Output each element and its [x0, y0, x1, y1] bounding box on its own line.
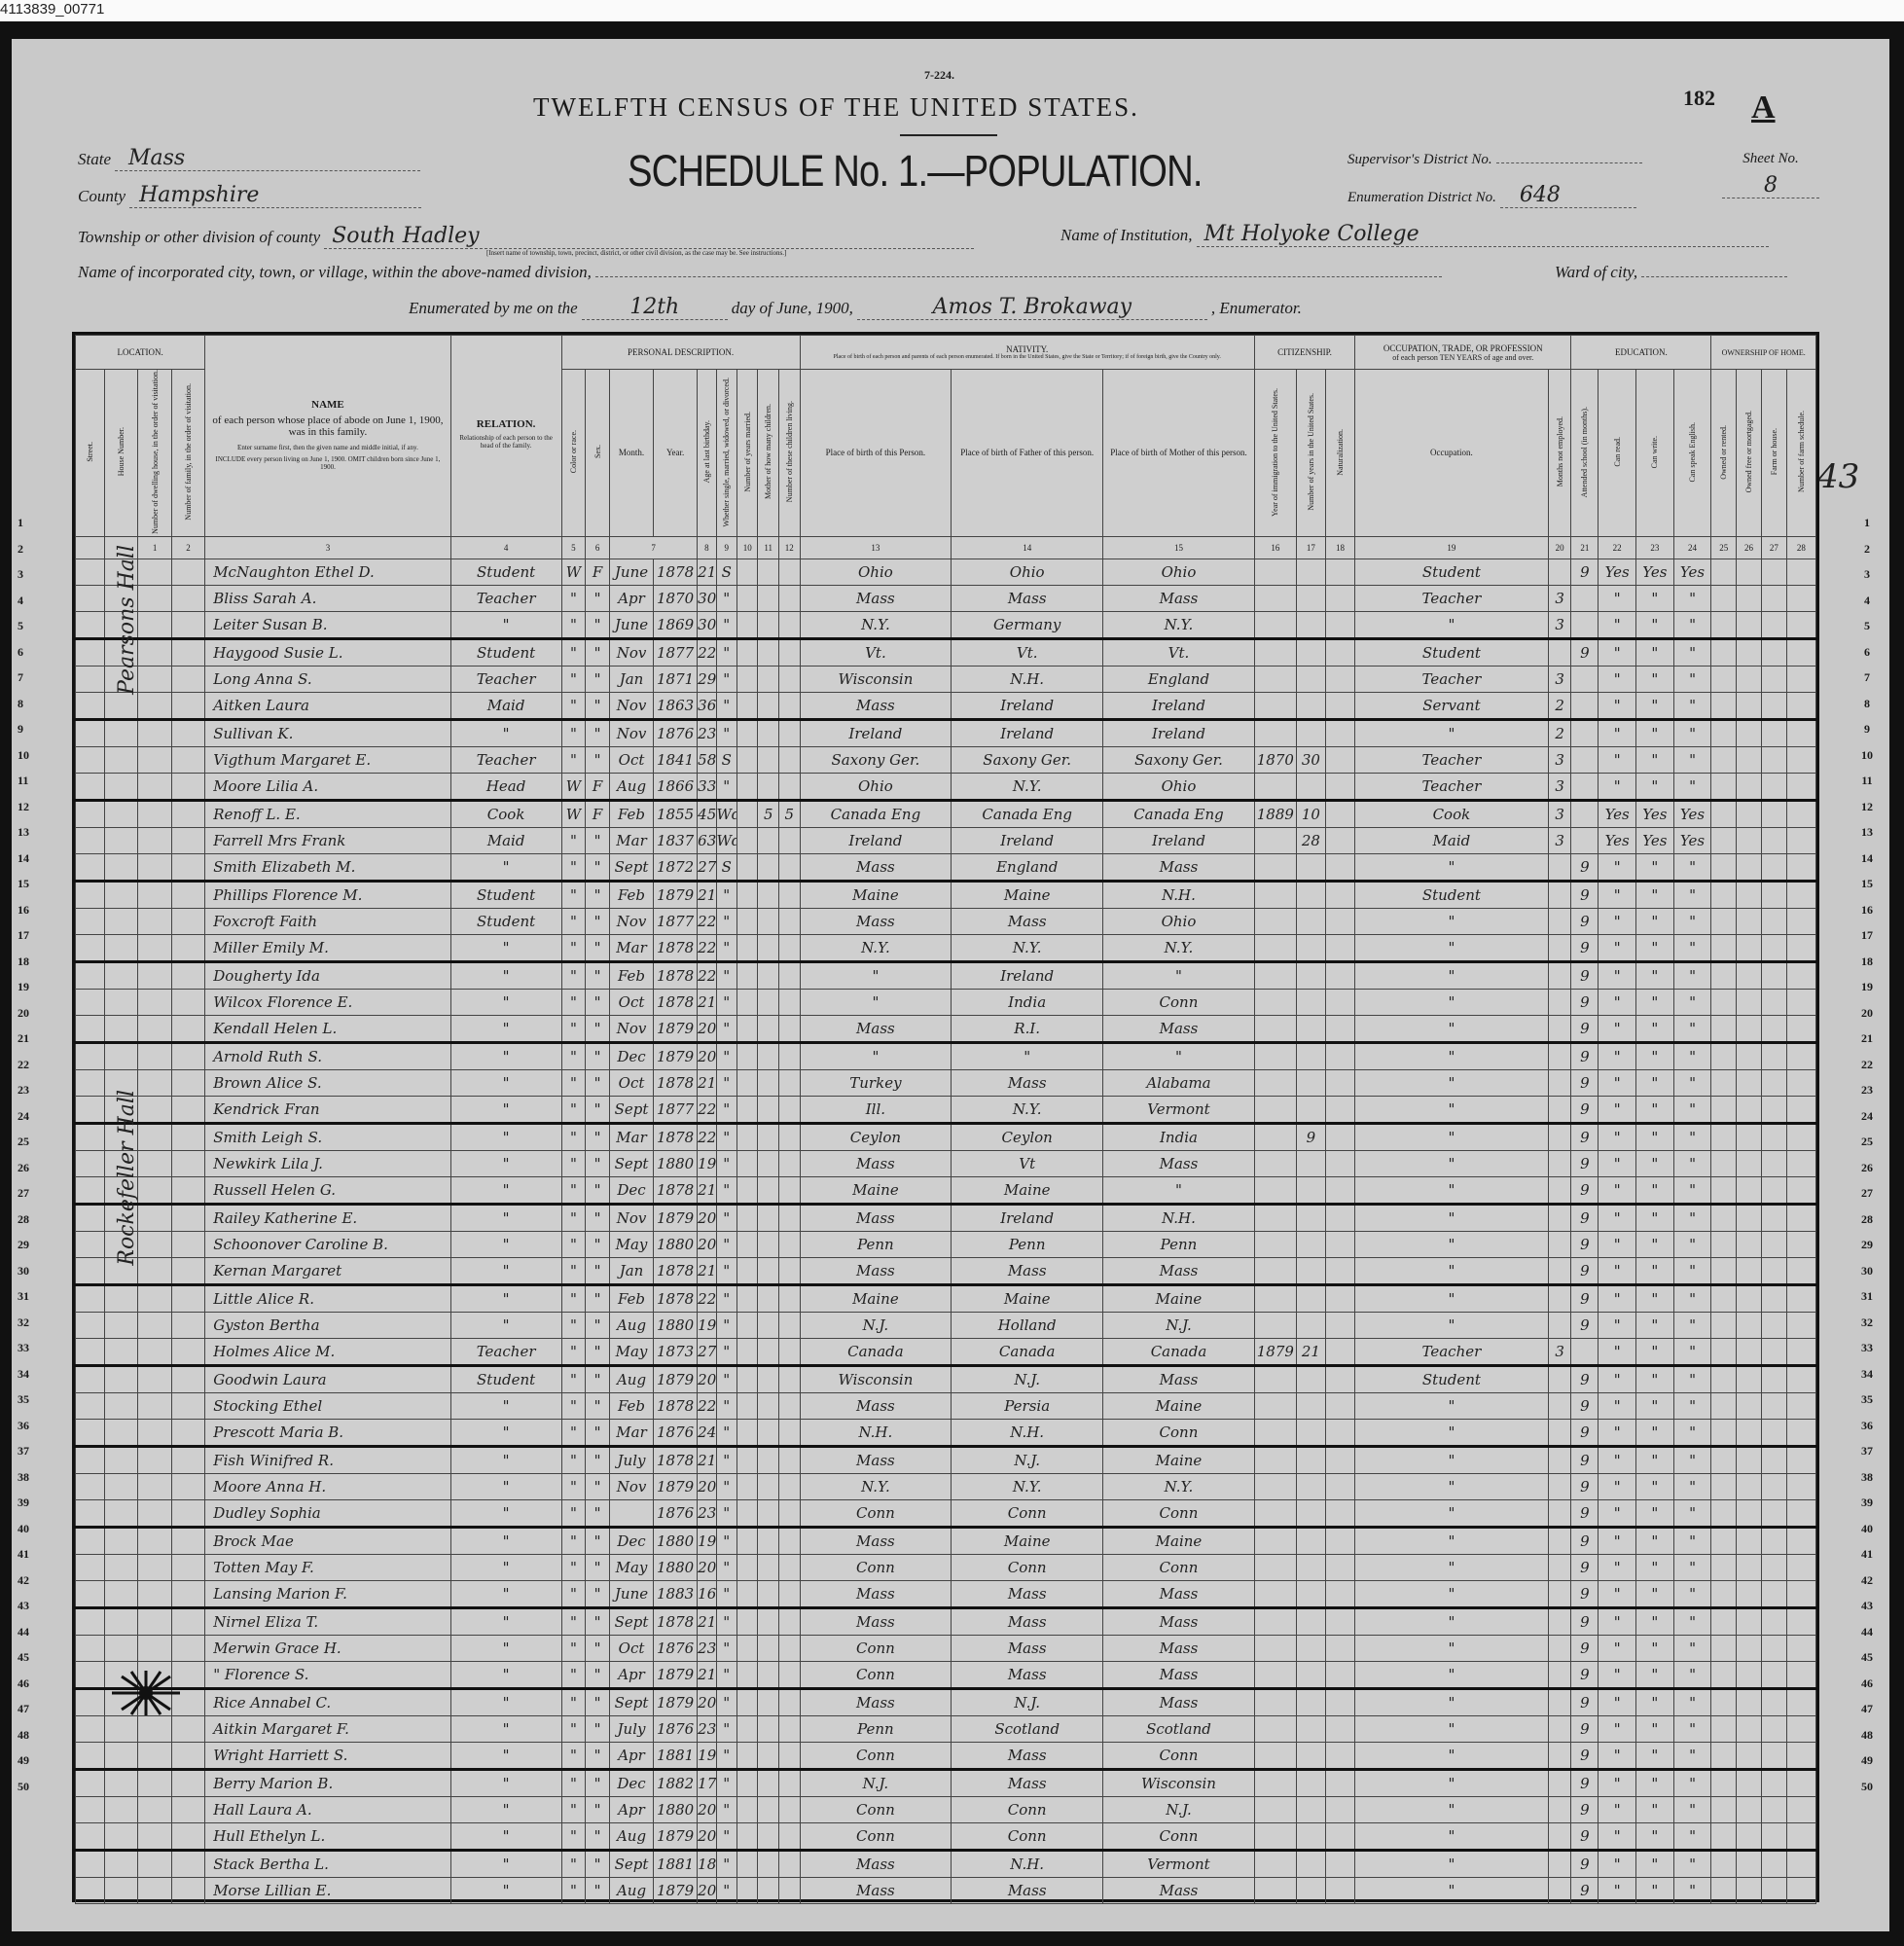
cell-read: " [1599, 1150, 1636, 1176]
cell-name: McNaughton Ethel D. [205, 559, 450, 585]
cell-natz [1325, 1499, 1354, 1527]
cell-year: 1878 [654, 1257, 698, 1284]
cell-empty [1761, 746, 1786, 773]
cell-empty [1761, 1822, 1786, 1850]
page-number: 182 [1683, 86, 1715, 111]
line-number-left: 50 [18, 1780, 29, 1794]
cell-empty [1761, 1176, 1786, 1204]
cell-marital: " [716, 1231, 736, 1257]
line-number-left: 29 [18, 1238, 29, 1252]
cell-empty [1711, 638, 1737, 666]
cell-immig [1254, 1446, 1296, 1473]
cell-write: " [1636, 719, 1674, 746]
cell-english: " [1673, 1661, 1711, 1688]
cell-empty [1761, 1123, 1786, 1150]
cell-relation: Teacher [450, 746, 561, 773]
cell-mother-of [758, 1284, 778, 1312]
cell-school: 9 [1571, 1257, 1599, 1284]
cell-school: 9 [1571, 1123, 1599, 1150]
cell-empty [105, 934, 138, 961]
table-row: Totten May F."""May188020"ConnConnConn"9… [76, 1554, 1816, 1580]
cell-write: " [1636, 1069, 1674, 1096]
cell-pob-mother: Mass [1103, 1661, 1255, 1688]
group-name: NAME of each person whose place of abode… [205, 336, 450, 537]
cell-name: Kernan Margaret [205, 1257, 450, 1284]
cell-sex: F [586, 773, 610, 800]
cell-race: " [561, 1204, 586, 1231]
cell-english: " [1673, 692, 1711, 719]
cell-age: 16 [698, 1580, 716, 1607]
cell-occupation: " [1355, 611, 1549, 638]
cell-relation: " [450, 1312, 561, 1338]
cell-name: Sullivan K. [205, 719, 450, 746]
cell-occupation: " [1355, 1850, 1549, 1877]
cell-english: " [1673, 961, 1711, 989]
cell-natz [1325, 1715, 1354, 1742]
cell-yrs-married [736, 1123, 757, 1150]
cell-english: " [1673, 719, 1711, 746]
cell-empty [1786, 1284, 1815, 1312]
cell-empty [138, 1850, 171, 1877]
cell-month: Nov [609, 719, 653, 746]
cell-read: " [1599, 1742, 1636, 1769]
cell-english: " [1673, 585, 1711, 611]
cell-empty [1786, 1069, 1815, 1096]
cell-pob-mother: " [1103, 1176, 1255, 1204]
cell-natz [1325, 1176, 1354, 1204]
cell-living [778, 1284, 800, 1312]
cell-write: " [1636, 1796, 1674, 1822]
cell-pob-father: Mass [952, 1257, 1103, 1284]
cell-read: " [1599, 1554, 1636, 1580]
cell-race: " [561, 638, 586, 666]
cell-year: 1876 [654, 719, 698, 746]
cell-pob-father: Conn [952, 1499, 1103, 1527]
col-month: Month. [609, 370, 653, 537]
cell-natz [1325, 934, 1354, 961]
census-title: TWELFTH CENSUS OF THE UNITED STATES. [533, 92, 1139, 123]
cell-marital: " [716, 1661, 736, 1688]
cell-read: " [1599, 1312, 1636, 1338]
cell-immig [1254, 638, 1296, 666]
cell-empty [76, 692, 105, 719]
cell-name: Leiter Susan B. [205, 611, 450, 638]
sheet-value: 8 [1722, 173, 1819, 198]
cell-immig [1254, 1365, 1296, 1392]
cell-pob-father: England [952, 853, 1103, 881]
cell-occupation: Teacher [1355, 1338, 1549, 1365]
cell-english: " [1673, 1822, 1711, 1850]
cell-immig [1254, 1796, 1296, 1822]
col-can-write: Can write. [1636, 370, 1674, 537]
cell-natz [1325, 773, 1354, 800]
cell-relation: " [450, 934, 561, 961]
cell-school: 9 [1571, 1769, 1599, 1796]
enumerated-prefix: Enumerated by me on the [409, 299, 578, 317]
table-row: Schoonover Caroline B."""May188020"PennP… [76, 1231, 1816, 1257]
city-label: Name of incorporated city, town, or vill… [78, 263, 592, 281]
cell-months-unemp [1548, 881, 1571, 908]
cell-empty [171, 1312, 204, 1338]
cell-immig [1254, 1042, 1296, 1069]
cell-pob-father: Ireland [952, 719, 1103, 746]
cell-living [778, 1688, 800, 1715]
cell-pob-father: Canada [952, 1338, 1103, 1365]
line-number-left: 28 [18, 1212, 29, 1227]
cell-empty [1761, 961, 1786, 989]
cell-race: " [561, 746, 586, 773]
cell-empty [138, 1742, 171, 1769]
cell-month: Feb [609, 881, 653, 908]
cell-marital: " [716, 1419, 736, 1446]
cell-write: Yes [1636, 827, 1674, 853]
line-number-left: 45 [18, 1650, 29, 1665]
cell-pob: Ill. [800, 1096, 952, 1123]
cell-name: Little Alice R. [205, 1284, 450, 1312]
cell-yrs-us [1296, 1742, 1325, 1769]
cell-natz [1325, 1850, 1354, 1877]
cell-marital: " [716, 1096, 736, 1123]
cell-living [778, 853, 800, 881]
cell-immig [1254, 1257, 1296, 1284]
cell-empty [1737, 559, 1762, 585]
cell-empty [1761, 934, 1786, 961]
cell-write: " [1636, 1822, 1674, 1850]
line-number-left: 2 [18, 542, 23, 557]
cell-school: 9 [1571, 638, 1599, 666]
cell-occupation: " [1355, 1499, 1549, 1527]
cell-race: " [561, 1150, 586, 1176]
cell-empty [138, 1338, 171, 1365]
cell-marital: " [716, 1204, 736, 1231]
cell-empty [105, 1365, 138, 1392]
cell-race: " [561, 1096, 586, 1123]
cell-english: " [1673, 1877, 1711, 1903]
cell-empty [76, 1796, 105, 1822]
cell-yrs-us [1296, 1096, 1325, 1123]
cell-empty [76, 611, 105, 638]
cell-empty [138, 559, 171, 585]
cell-write: " [1636, 1150, 1674, 1176]
cell-empty [171, 1365, 204, 1392]
cell-pob-mother: Canada Eng [1103, 800, 1255, 827]
cell-yrs-us [1296, 1661, 1325, 1688]
cell-empty [1711, 1419, 1737, 1446]
cell-living [778, 1635, 800, 1661]
cell-mother-of [758, 1419, 778, 1446]
cell-yrs-married [736, 719, 757, 746]
cell-immig [1254, 1661, 1296, 1688]
cell-empty [1737, 961, 1762, 989]
table-row: Long Anna S.Teacher""Jan187129"Wisconsin… [76, 666, 1816, 692]
cell-yrs-us [1296, 1042, 1325, 1069]
cell-pob-mother: Mass [1103, 1015, 1255, 1042]
cell-empty [76, 1123, 105, 1150]
cell-read: " [1599, 1392, 1636, 1419]
census-rows: McNaughton Ethel D.StudentWFJune187821SO… [76, 559, 1816, 1903]
cell-age: 24 [698, 1419, 716, 1446]
cell-relation: " [450, 1796, 561, 1822]
cell-months-unemp: 3 [1548, 585, 1571, 611]
line-number-left: 42 [18, 1573, 29, 1588]
cell-yrs-married [736, 1069, 757, 1096]
cell-year: 1837 [654, 827, 698, 853]
cell-empty [1786, 1822, 1815, 1850]
cell-name: Railey Katherine E. [205, 1204, 450, 1231]
cell-yrs-us [1296, 853, 1325, 881]
cell-race: " [561, 611, 586, 638]
cell-pob: Canada [800, 1338, 952, 1365]
cell-living [778, 1877, 800, 1903]
cell-month: Oct [609, 1635, 653, 1661]
cell-race: " [561, 989, 586, 1015]
cell-write: " [1636, 692, 1674, 719]
cell-yrs-married [736, 611, 757, 638]
cell-mother-of [758, 1365, 778, 1392]
cell-empty [138, 1365, 171, 1392]
cell-empty [105, 692, 138, 719]
cell-month: Feb [609, 1284, 653, 1312]
cell-school: 9 [1571, 1635, 1599, 1661]
cell-yrs-us [1296, 961, 1325, 989]
cell-pob-father: Conn [952, 1796, 1103, 1822]
cell-name: Haygood Susie L. [205, 638, 450, 666]
cell-pob-father: Ireland [952, 1204, 1103, 1231]
cell-empty [1711, 1580, 1737, 1607]
cell-read: " [1599, 989, 1636, 1015]
image-id-strip: 4113839_00771 [0, 0, 1904, 21]
cell-write: Yes [1636, 559, 1674, 585]
cell-living [778, 1446, 800, 1473]
cell-write: " [1636, 1635, 1674, 1661]
cell-empty [1711, 1069, 1737, 1096]
cell-immig [1254, 1096, 1296, 1123]
cell-living [778, 961, 800, 989]
cell-relation: Teacher [450, 1338, 561, 1365]
cell-empty [171, 1877, 204, 1903]
line-number-right: 8 [1855, 697, 1879, 711]
cell-race: " [561, 1635, 586, 1661]
cell-occupation: " [1355, 1769, 1549, 1796]
cell-year: 1879 [654, 1204, 698, 1231]
cell-empty [76, 881, 105, 908]
line-number-right: 11 [1855, 774, 1879, 788]
cell-empty [1737, 1850, 1762, 1877]
cell-name: Stocking Ethel [205, 1392, 450, 1419]
line-number-right: 31 [1855, 1289, 1879, 1304]
cell-months-unemp [1548, 934, 1571, 961]
cell-empty [171, 961, 204, 989]
cell-pob-mother: Mass [1103, 853, 1255, 881]
cell-month: May [609, 1231, 653, 1257]
cell-english: " [1673, 746, 1711, 773]
cell-immig: 1870 [1254, 746, 1296, 773]
line-number-left: 7 [18, 670, 23, 685]
cell-empty [76, 719, 105, 746]
cell-empty [76, 559, 105, 585]
cell-empty [171, 1715, 204, 1742]
cell-empty [76, 1850, 105, 1877]
cell-empty [1737, 1446, 1762, 1473]
cell-occupation: " [1355, 934, 1549, 961]
cell-year: 1880 [654, 1527, 698, 1554]
cell-year: 1878 [654, 989, 698, 1015]
cell-marital: " [716, 1446, 736, 1473]
cell-occupation: " [1355, 989, 1549, 1015]
table-row: Phillips Florence M.Student""Feb187921"M… [76, 881, 1816, 908]
cell-name: Schoonover Caroline B. [205, 1231, 450, 1257]
cell-name: Dougherty Ida [205, 961, 450, 989]
cell-pob-father: Mass [952, 1877, 1103, 1903]
cell-mother-of [758, 746, 778, 773]
col-street: Street. [76, 370, 105, 537]
cell-yrs-married [736, 827, 757, 853]
cell-name: Miller Emily M. [205, 934, 450, 961]
cell-relation: " [450, 1069, 561, 1096]
table-row: Brock Mae"""Dec188019"MassMaineMaine"9""… [76, 1527, 1816, 1554]
cell-race: " [561, 1015, 586, 1042]
cell-empty [1786, 1473, 1815, 1499]
cell-school: 9 [1571, 989, 1599, 1015]
cell-empty [76, 908, 105, 934]
cell-empty [1737, 827, 1762, 853]
cell-age: 20 [698, 1877, 716, 1903]
cell-yrs-married [736, 1446, 757, 1473]
cell-natz [1325, 1096, 1354, 1123]
cell-empty [138, 1176, 171, 1204]
cell-occupation: Student [1355, 638, 1549, 666]
cell-empty [76, 1042, 105, 1069]
cell-write: " [1636, 1392, 1674, 1419]
cell-months-unemp [1548, 1607, 1571, 1635]
cell-relation: " [450, 1231, 561, 1257]
cell-sex: " [586, 1635, 610, 1661]
line-number-right: 42 [1855, 1573, 1879, 1588]
cell-marital: " [716, 881, 736, 908]
cell-sex: F [586, 559, 610, 585]
cell-pob-father: " [952, 1042, 1103, 1069]
cell-immig [1254, 908, 1296, 934]
cell-yrs-married [736, 1688, 757, 1715]
line-number-left: 9 [18, 722, 23, 737]
cell-relation: Maid [450, 692, 561, 719]
cell-mother-of [758, 934, 778, 961]
cell-race: " [561, 1877, 586, 1903]
cell-immig [1254, 1123, 1296, 1150]
cell-immig [1254, 1769, 1296, 1796]
cell-occupation: " [1355, 1204, 1549, 1231]
cell-empty [1711, 1042, 1737, 1069]
cell-empty [76, 1635, 105, 1661]
cell-name: Stack Bertha L. [205, 1850, 450, 1877]
cell-race: " [561, 1473, 586, 1499]
table-row: Merwin Grace H."""Oct187623"ConnMassMass… [76, 1635, 1816, 1661]
col-years-in-us: Number of years in the United States. [1296, 370, 1325, 537]
cell-read: " [1599, 585, 1636, 611]
cell-empty [171, 1284, 204, 1312]
cell-empty [76, 1580, 105, 1607]
group-education: EDUCATION. [1571, 336, 1711, 370]
cell-marital: " [716, 638, 736, 666]
line-number-right: 20 [1855, 1006, 1879, 1021]
cell-mother-of [758, 1715, 778, 1742]
cell-natz [1325, 1231, 1354, 1257]
cell-race: W [561, 773, 586, 800]
cell-read: " [1599, 1796, 1636, 1822]
cell-pob-father: Ceylon [952, 1123, 1103, 1150]
cell-relation: " [450, 961, 561, 989]
cell-read: " [1599, 1042, 1636, 1069]
cell-living [778, 611, 800, 638]
line-number-right: 24 [1855, 1109, 1879, 1124]
cell-immig [1254, 666, 1296, 692]
cell-school: 9 [1571, 881, 1599, 908]
table-row: Holmes Alice M.Teacher""May187327"Canada… [76, 1338, 1816, 1365]
cell-living [778, 1607, 800, 1635]
cell-empty [171, 1150, 204, 1176]
cell-months-unemp [1548, 1069, 1571, 1096]
cell-relation: " [450, 1822, 561, 1850]
cell-pob: Wisconsin [800, 1365, 952, 1392]
cell-age: 27 [698, 1338, 716, 1365]
cell-pob: N.J. [800, 1769, 952, 1796]
cell-months-unemp [1548, 1796, 1571, 1822]
cell-pob-mother: England [1103, 666, 1255, 692]
cell-relation: " [450, 1042, 561, 1069]
cell-relation: Student [450, 908, 561, 934]
cell-empty [1786, 1392, 1815, 1419]
cell-pob-mother: Maine [1103, 1284, 1255, 1312]
cell-empty [1761, 908, 1786, 934]
cell-yrs-us [1296, 1231, 1325, 1257]
cell-name: Kendrick Fran [205, 1096, 450, 1123]
cell-race: " [561, 1069, 586, 1096]
cell-pob: Mass [800, 1607, 952, 1635]
cell-mother-of [758, 1042, 778, 1069]
cell-write: " [1636, 961, 1674, 989]
col-can-read: Can read. [1599, 370, 1636, 537]
cell-english: " [1673, 1607, 1711, 1635]
cell-empty [1737, 1365, 1762, 1392]
cell-months-unemp [1548, 1661, 1571, 1688]
cell-months-unemp: 3 [1548, 773, 1571, 800]
cell-immig [1254, 719, 1296, 746]
cell-school: 9 [1571, 934, 1599, 961]
cell-empty [138, 1015, 171, 1042]
cell-immig [1254, 1742, 1296, 1769]
cell-name: Goodwin Laura [205, 1365, 450, 1392]
cell-empty [76, 1150, 105, 1176]
cell-occupation: " [1355, 1473, 1549, 1499]
cell-immig [1254, 1392, 1296, 1419]
cell-mother-of [758, 1392, 778, 1419]
cell-race: " [561, 853, 586, 881]
cell-living [778, 1069, 800, 1096]
cell-age: 22 [698, 961, 716, 989]
cell-write: " [1636, 1688, 1674, 1715]
cell-pob-father: R.I. [952, 1015, 1103, 1042]
cell-immig [1254, 611, 1296, 638]
cell-write: " [1636, 1499, 1674, 1527]
state-field: State Mass [78, 146, 457, 171]
cell-pob-mother: N.J. [1103, 1796, 1255, 1822]
cell-english: " [1673, 1096, 1711, 1123]
cell-read: " [1599, 1257, 1636, 1284]
cell-empty [1711, 1527, 1737, 1554]
cell-sex: " [586, 1365, 610, 1392]
cell-empty [1761, 1312, 1786, 1338]
cell-immig [1254, 1419, 1296, 1446]
